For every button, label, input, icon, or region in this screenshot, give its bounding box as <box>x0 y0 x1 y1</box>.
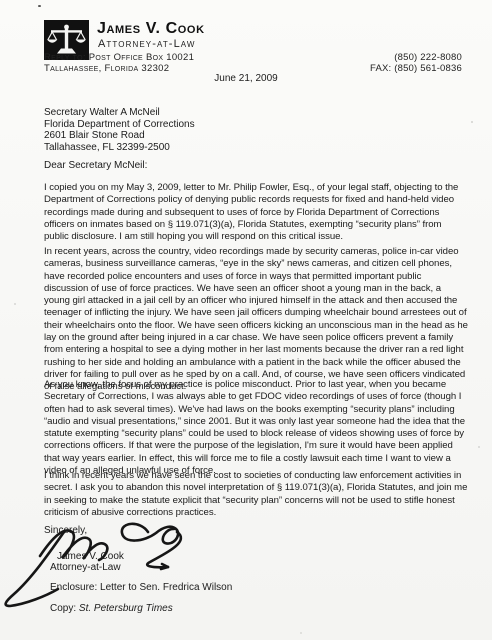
scan-speck <box>300 632 302 634</box>
letterhead-firm-title: Attorney-at-Law <box>98 38 196 50</box>
scanned-letter-page: James V. Cook Attorney-at-Law Reply to: … <box>0 0 492 640</box>
scan-speck <box>478 446 480 448</box>
copy-line: Copy: St. Petersburg Times <box>50 603 173 614</box>
handwritten-signature <box>0 516 250 608</box>
letter-date: June 21, 2009 <box>0 73 492 84</box>
recipient-org: Florida Department of Corrections <box>44 119 195 131</box>
scan-speck <box>38 5 41 7</box>
recipient-name: Secretary Walter A McNeil <box>44 107 195 119</box>
scan-speck <box>471 121 473 123</box>
body-paragraph-4: I think in recent years we have seen the… <box>44 470 468 519</box>
recipient-street: 2601 Blair Stone Road <box>44 130 195 142</box>
phone-number: (850) 222-8080 <box>370 53 462 64</box>
copy-publication: St. Petersburg Times <box>79 603 173 614</box>
salutation: Dear Secretary McNeil: <box>44 160 147 171</box>
scan-speck <box>14 303 16 305</box>
reply-line-1: Reply to: Post Office Box 10021 <box>44 53 194 64</box>
letterhead-phone-block: (850) 222-8080 FAX: (850) 561-0836 <box>370 53 462 74</box>
copy-label: Copy: <box>50 603 79 614</box>
letterhead-reply-address: Reply to: Post Office Box 10021 Tallahas… <box>44 53 194 74</box>
body-paragraph-1: I copied you on my May 3, 2009, letter t… <box>44 182 468 243</box>
body-paragraph-3: As you know, the focus of my practice is… <box>44 379 468 477</box>
letterhead-firm-name: James V. Cook <box>97 20 205 38</box>
signer-typed-name: James V. Cook <box>57 551 124 562</box>
signer-typed-title: Attorney-at-Law <box>50 562 121 573</box>
recipient-city: Tallahassee, FL 32399-2500 <box>44 142 195 154</box>
enclosure-line: Enclosure: Letter to Sen. Fredrica Wilso… <box>50 582 232 593</box>
body-paragraph-2: In recent years, across the country, vid… <box>44 246 468 394</box>
recipient-address-block: Secretary Walter A McNeil Florida Depart… <box>44 107 195 153</box>
